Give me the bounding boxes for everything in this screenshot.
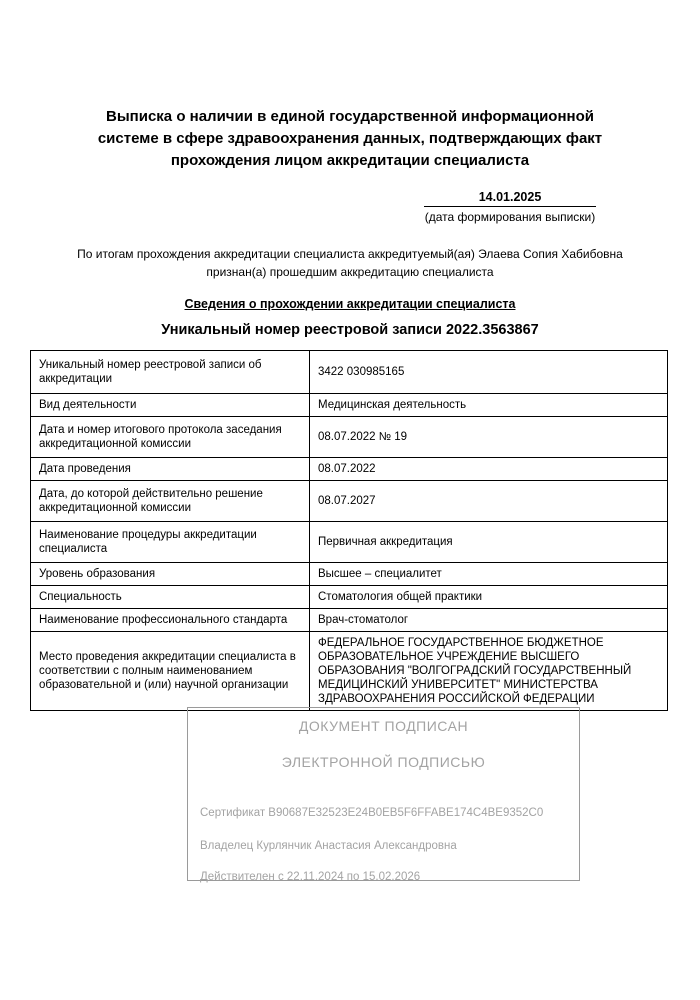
row-label: Специальность [31,586,310,609]
section-heading: Сведения о прохождении аккредитации спец… [0,297,700,311]
row-value: ФЕДЕРАЛЬНОЕ ГОСУДАРСТВЕННОЕ БЮДЖЕТНОЕ ОБ… [310,632,668,711]
row-value: 08.07.2022 № 19 [310,417,668,458]
table-row: Уникальный номер реестровой записи об ак… [31,351,668,394]
table-row: Дата, до которой действительно решение а… [31,481,668,522]
row-value: Медицинская деятельность [310,394,668,417]
row-value: 08.07.2027 [310,481,668,522]
row-label: Дата проведения [31,458,310,481]
table-row: Дата и номер итогового протокола заседан… [31,417,668,458]
row-label: Дата и номер итогового протокола заседан… [31,417,310,458]
table-row: Уровень образования Высшее – специалитет [31,563,668,586]
row-value: Высшее – специалитет [310,563,668,586]
row-value: Стоматология общей практики [310,586,668,609]
signature-block: ДОКУМЕНТ ПОДПИСАН ЭЛЕКТРОННОЙ ПОДПИСЬЮ С… [187,707,580,881]
table-row: Специальность Стоматология общей практик… [31,586,668,609]
issue-date-value: 14.01.2025 [424,190,596,207]
table-row: Наименование профессионального стандарта… [31,609,668,632]
intro-paragraph: По итогам прохождения аккредитации специ… [0,245,700,281]
row-label: Уровень образования [31,563,310,586]
document-title: Выписка о наличии в единой государственн… [0,106,700,172]
signature-heading-line2: ЭЛЕКТРОННОЙ ПОДПИСЬЮ [188,754,579,770]
signature-validity: Действителен с 22.11.2024 по 15.02.2026 [200,871,571,883]
signature-owner: Владелец Курлянчик Анастасия Александров… [200,840,571,852]
document-page: Выписка о наличии в единой государственн… [0,0,700,1000]
row-label: Наименование профессионального стандарта [31,609,310,632]
signature-certificate: Сертификат B90687E32523E24B0EB5F6FFABE17… [200,807,571,819]
signature-heading-line1: ДОКУМЕНТ ПОДПИСАН [188,718,579,734]
table-row: Место проведения аккредитации специалист… [31,632,668,711]
issue-date-caption: (дата формирования выписки) [424,210,596,224]
row-value: Первичная аккредитация [310,522,668,563]
row-label: Место проведения аккредитации специалист… [31,632,310,711]
table-row: Вид деятельности Медицинская деятельност… [31,394,668,417]
registry-number-heading: Уникальный номер реестровой записи 2022.… [0,322,700,338]
row-value: 3422 030985165 [310,351,668,394]
table-row: Дата проведения 08.07.2022 [31,458,668,481]
row-label: Уникальный номер реестровой записи об ак… [31,351,310,394]
row-label: Наименование процедуры аккредитации спец… [31,522,310,563]
accreditation-table: Уникальный номер реестровой записи об ак… [30,350,668,711]
table-row: Наименование процедуры аккредитации спец… [31,522,668,563]
row-label: Дата, до которой действительно решение а… [31,481,310,522]
row-value: 08.07.2022 [310,458,668,481]
issue-date-block: 14.01.2025 (дата формирования выписки) [424,190,596,224]
row-value: Врач-стоматолог [310,609,668,632]
row-label: Вид деятельности [31,394,310,417]
